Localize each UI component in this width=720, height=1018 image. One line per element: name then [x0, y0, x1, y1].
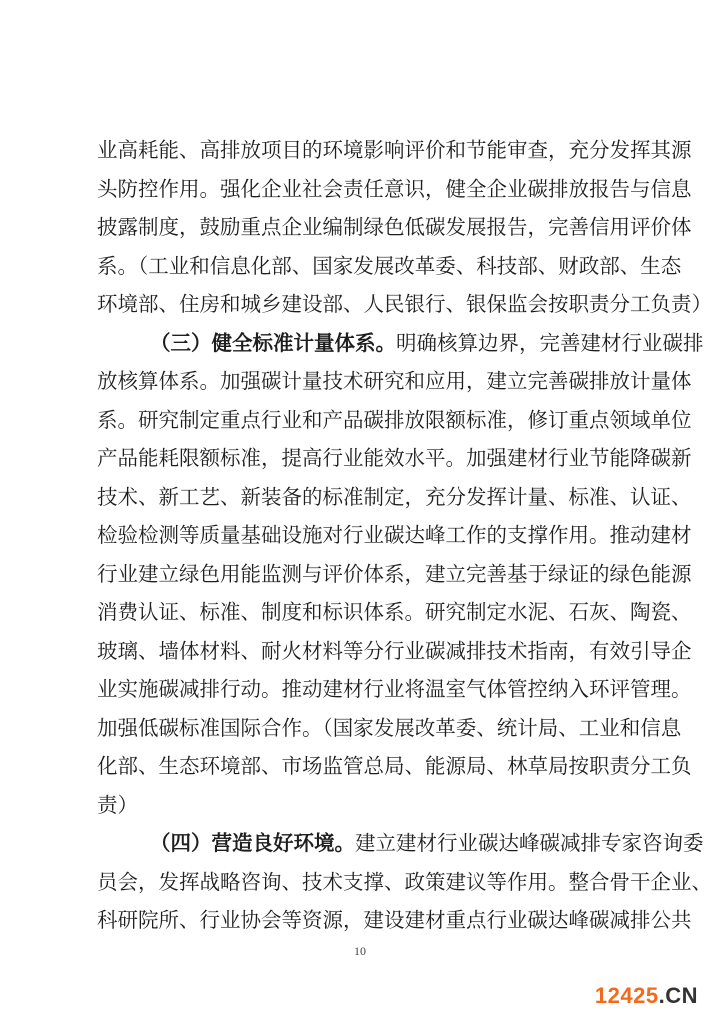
- text-line: 员会，发挥战略咨询、技术支撑、政策建议等作用。整合骨干企业、: [97, 863, 631, 902]
- text-line: 行业建立绿色用能监测与评价体系，建立完善基于绿证的绿色能源: [97, 555, 631, 594]
- text-line: 披露制度，鼓励重点企业编制绿色低碳发展报告，完善信用评价体: [97, 208, 631, 247]
- text-line: 科研院所、行业协会等资源，建设建材重点行业碳达峰碳减排公共: [97, 901, 631, 940]
- text-line: 系。研究制定重点行业和产品碳排放限额标准，修订重点领域单位: [97, 401, 631, 440]
- text-line: 检验检测等质量基础设施对行业碳达峰工作的支撑作用。推动建材: [97, 516, 631, 555]
- text-line: 业高耗能、高排放项目的环境影响评价和节能审查，充分发挥其源: [97, 131, 631, 170]
- text-span: 明确核算边界，完善建材行业碳排: [396, 331, 704, 355]
- site-watermark: 12425.CN: [595, 983, 698, 1009]
- text-line: 加强低碳标准国际合作。（国家发展改革委、统计局、工业和信息: [97, 709, 631, 748]
- page-number: 10: [0, 944, 720, 959]
- watermark-number: 12425: [595, 983, 659, 1008]
- text-line: 玻璃、墙体材料、耐火材料等分行业碳减排技术指南，有效引导企: [97, 632, 631, 671]
- text-line: 产品能耗限额标准，提高行业能效水平。加强建材行业节能降碳新: [97, 439, 631, 478]
- text-line: 消费认证、标准、制度和标识体系。研究制定水泥、石灰、陶瓷、: [97, 593, 631, 632]
- document-body: 业高耗能、高排放项目的环境影响评价和节能审查，充分发挥其源 头防控作用。强化企业…: [97, 131, 637, 940]
- text-span: 建立建材行业碳达峰碳减排专家咨询委: [355, 831, 704, 855]
- section-heading-line: （四）营造良好环境。建立建材行业碳达峰碳减排专家咨询委: [97, 824, 631, 863]
- document-page: 业高耗能、高排放项目的环境影响评价和节能审查，充分发挥其源 头防控作用。强化企业…: [0, 0, 720, 1018]
- section-heading-line: （三）健全标准计量体系。明确核算边界，完善建材行业碳排: [97, 324, 631, 363]
- text-line: 放核算体系。加强碳计量技术研究和应用，建立完善碳排放计量体: [97, 362, 631, 401]
- text-line: 系。（工业和信息化部、国家发展改革委、科技部、财政部、生态: [97, 247, 631, 286]
- section-heading-3: （三）健全标准计量体系。: [150, 331, 396, 355]
- text-line: 技术、新工艺、新装备的标准制定，充分发挥计量、标准、认证、: [97, 478, 631, 517]
- text-line: 头防控作用。强化企业社会责任意识，健全企业碳排放报告与信息: [97, 170, 631, 209]
- text-line: 责）: [97, 786, 631, 825]
- text-line: 化部、生态环境部、市场监管总局、能源局、林草局按职责分工负: [97, 747, 631, 786]
- text-line: 业实施碳减排行动。推动建材行业将温室气体管控纳入环评管理。: [97, 670, 631, 709]
- text-line: 环境部、住房和城乡建设部、人民银行、银保监会按职责分工负责）: [97, 285, 631, 324]
- section-heading-4: （四）营造良好环境。: [150, 831, 355, 855]
- watermark-domain: .CN: [659, 983, 698, 1008]
